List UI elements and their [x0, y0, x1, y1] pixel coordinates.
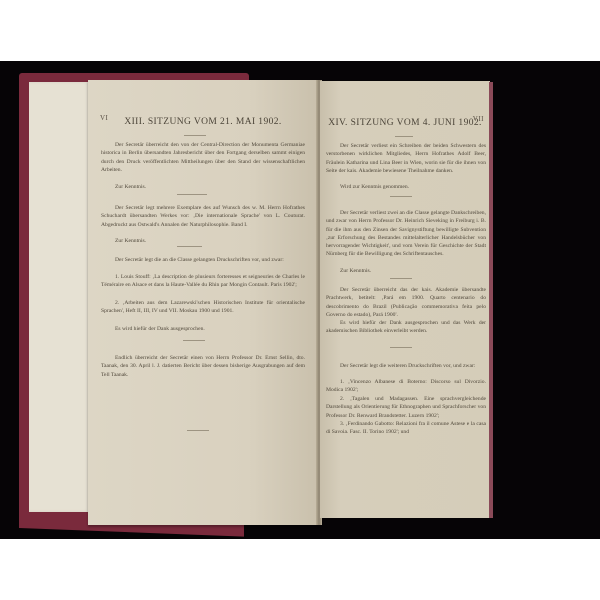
divider [177, 246, 202, 247]
list-item: 1. ‚Vincenzo Albanese di Boterno: Discor… [326, 378, 486, 395]
paragraph-note: Zur Kenntnis. [115, 183, 146, 191]
paragraph: Der Secretär verliest zwei an die Classe… [326, 209, 486, 259]
divider [390, 347, 412, 348]
divider [184, 135, 206, 136]
list-item: 3. ‚Ferdinando Gabotto: Relazioni fra il… [326, 420, 486, 437]
right-page-title: XIV. SITZUNG VOM 4. JUNI 1902. [320, 118, 490, 128]
divider [183, 340, 205, 341]
book-cover-right-edge [489, 82, 493, 518]
paragraph: Der Secretär legt die an die Classe gela… [101, 256, 305, 264]
paragraph-note: Zur Kenntnis. [115, 237, 146, 245]
paragraph-note: Wird zur Kenntnis genommen. [340, 183, 409, 191]
right-page: VII XIV. SITZUNG VOM 4. JUNI 1902. Der S… [320, 81, 490, 518]
list-item: 2. ‚Tagalen und Madagassen. Eine sprachv… [326, 395, 486, 420]
divider [177, 194, 207, 195]
divider [395, 136, 413, 137]
paragraph: Der Secretär verliest ein Schreiben der … [326, 142, 486, 175]
paragraph-note: Zur Kenntnis. [340, 267, 371, 275]
list-item: 2. ‚Arbeiten aus dem Lazarewski'schen Hi… [101, 299, 305, 316]
paragraph-note: Es wird hiefür der Dank ausgesprochen un… [326, 319, 486, 336]
paragraph: Der Secretär legt die weiteren Druckschr… [326, 362, 486, 370]
endpaper-flyleaf [29, 82, 89, 512]
divider [390, 278, 412, 279]
paragraph: Der Secretär überreicht den von der Cent… [101, 141, 305, 174]
left-page-title: XIII. SITZUNG VOM 21. MAI 1902. [88, 117, 318, 127]
paragraph: Der Secretär überreicht das der kais. Ak… [326, 286, 486, 319]
divider [187, 430, 209, 431]
left-page: VI XIII. SITZUNG VOM 21. MAI 1902. Der S… [88, 80, 318, 525]
paragraph: Der Secretär legt mehrere Exemplare des … [101, 204, 305, 229]
divider [390, 196, 412, 197]
list-item: 1. Louis Stouff: ‚La description de plus… [101, 273, 305, 290]
paragraph: Endlich überreicht der Secretär einen vo… [101, 354, 305, 379]
paragraph-note: Es wird hiefür der Dank ausgesprochen. [115, 325, 205, 333]
